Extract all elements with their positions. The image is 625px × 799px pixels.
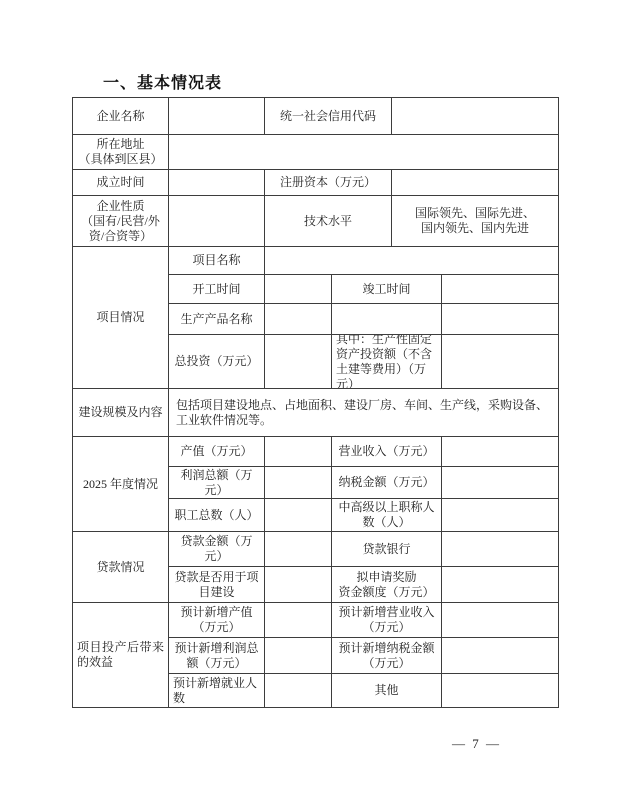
new-profit-label: 预计新增利润总 额（万元） <box>168 638 264 673</box>
tech-level-options: 国际领先、国际先进、 国内领先、国内先进 <box>391 196 558 246</box>
new-profit-value <box>264 638 331 673</box>
product-name-value-3 <box>441 304 558 334</box>
table-row: 利润总额（万元） 纳税金额（万元） <box>168 466 558 498</box>
start-date-label: 开工时间 <box>168 275 264 303</box>
new-jobs-value <box>264 674 331 707</box>
revenue-label: 营业收入（万元） <box>331 437 441 466</box>
table-row: 成立时间 注册资本（万元） <box>73 169 558 195</box>
reg-capital-value <box>391 170 558 195</box>
address-value <box>168 135 558 169</box>
basic-info-table: 企业名称 统一社会信用代码 所在地址 （具体到区县） 成立时间 注册资本（万元）… <box>72 97 559 708</box>
founded-value <box>168 170 264 195</box>
tax-label: 纳税金额（万元） <box>331 467 441 498</box>
tax-value <box>441 467 558 498</box>
staff-total-value <box>264 499 331 531</box>
start-date-value <box>264 275 331 303</box>
loan-for-project-value <box>264 567 331 602</box>
project-subrows: 项目名称 开工时间 竣工时间 生产产品名称 总投资（万元） <box>168 247 558 388</box>
address-label: 所在地址 （具体到区县） <box>73 135 168 169</box>
company-name-label: 企业名称 <box>73 98 168 134</box>
scale-content: 包括项目建设地点、占地面积、建设厂房、车间、生产线，采购设备、工业软件情况等。 <box>168 389 558 436</box>
table-row: 预计新增利润总 额（万元） 预计新增纳税金额 （万元） <box>168 637 558 673</box>
table-row: 预计新增产值 （万元） 预计新增营业收入 （万元） <box>168 603 558 637</box>
fixed-investment-value <box>441 335 558 388</box>
page-number: — 7 — <box>452 736 501 752</box>
fixed-investment-label: 其中：生产性固定资产投资额（不含土建等费用）（万元） <box>331 335 441 388</box>
company-name-value <box>168 98 264 134</box>
loan-subrows: 贷款金额（万元） 贷款银行 贷款是否用于项目建设 拟申请奖励 资金额度（万元） <box>168 532 558 602</box>
loan-group-label: 贷款情况 <box>73 532 168 602</box>
year2025-group-label: 2025 年度情况 <box>73 437 168 531</box>
staff-total-label: 职工总数（人） <box>168 499 264 531</box>
loan-bank-label: 贷款银行 <box>331 532 441 566</box>
table-row: 企业名称 统一社会信用代码 <box>73 98 558 134</box>
benefit-section: 项目投产后带来的效益 预计新增产值 （万元） 预计新增营业收入 （万元） 预计新… <box>73 602 558 707</box>
loan-amount-value <box>264 532 331 566</box>
new-output-value <box>264 603 331 637</box>
document-page: 一、基本情况表 企业名称 统一社会信用代码 所在地址 （具体到区县） 成立时间 … <box>0 0 625 799</box>
total-investment-label: 总投资（万元） <box>168 335 264 388</box>
profit-label: 利润总额（万元） <box>168 467 264 498</box>
product-name-label: 生产产品名称 <box>168 304 264 334</box>
credit-code-value <box>391 98 558 134</box>
benefit-subrows: 预计新增产值 （万元） 预计新增营业收入 （万元） 预计新增利润总 额（万元） … <box>168 603 558 707</box>
project-name-value <box>264 247 558 274</box>
tech-level-label: 技术水平 <box>264 196 391 246</box>
table-row: 职工总数（人） 中高级以上职称人 数（人） <box>168 498 558 531</box>
loan-for-project-label: 贷款是否用于项目建设 <box>168 567 264 602</box>
finish-date-label: 竣工时间 <box>331 275 441 303</box>
scale-label: 建设规模及内容 <box>73 389 168 436</box>
loan-section: 贷款情况 贷款金额（万元） 贷款银行 贷款是否用于项目建设 拟申请奖励 资金额度… <box>73 531 558 602</box>
benefit-group-label: 项目投产后带来的效益 <box>73 603 168 707</box>
table-row: 预计新增就业人 数 其他 <box>168 673 558 707</box>
other-value <box>441 674 558 707</box>
new-revenue-label: 预计新增营业收入 （万元） <box>331 603 441 637</box>
senior-staff-label: 中高级以上职称人 数（人） <box>331 499 441 531</box>
table-row: 开工时间 竣工时间 <box>168 274 558 303</box>
product-name-value-1 <box>264 304 331 334</box>
output-label: 产值（万元） <box>168 437 264 466</box>
year2025-subrows: 产值（万元） 营业收入（万元） 利润总额（万元） 纳税金额（万元） 职工总数（人… <box>168 437 558 531</box>
table-row: 建设规模及内容 包括项目建设地点、占地面积、建设厂房、车间、生产线，采购设备、工… <box>73 388 558 436</box>
table-row: 产值（万元） 营业收入（万元） <box>168 437 558 466</box>
table-row: 贷款是否用于项目建设 拟申请奖励 资金额度（万元） <box>168 566 558 602</box>
company-nature-value <box>168 196 264 246</box>
table-row: 生产产品名称 <box>168 303 558 334</box>
credit-code-label: 统一社会信用代码 <box>264 98 391 134</box>
product-name-value-2 <box>331 304 441 334</box>
new-tax-label: 预计新增纳税金额 （万元） <box>331 638 441 673</box>
table-row: 贷款金额（万元） 贷款银行 <box>168 532 558 566</box>
table-row: 企业性质 （国有/民营/外资/合资等） 技术水平 国际领先、国际先进、 国内领先… <box>73 195 558 246</box>
new-jobs-label: 预计新增就业人 数 <box>168 674 264 707</box>
senior-staff-value <box>441 499 558 531</box>
table-row: 所在地址 （具体到区县） <box>73 134 558 169</box>
table-row: 项目名称 <box>168 247 558 274</box>
form-title: 一、基本情况表 <box>103 70 222 93</box>
award-amount-value <box>441 567 558 602</box>
total-investment-value <box>264 335 331 388</box>
company-nature-label: 企业性质 （国有/民营/外资/合资等） <box>73 196 168 246</box>
other-label: 其他 <box>331 674 441 707</box>
project-group-label: 项目情况 <box>73 247 168 388</box>
reg-capital-label: 注册资本（万元） <box>264 170 391 195</box>
loan-bank-value <box>441 532 558 566</box>
new-tax-value <box>441 638 558 673</box>
founded-label: 成立时间 <box>73 170 168 195</box>
loan-amount-label: 贷款金额（万元） <box>168 532 264 566</box>
project-section: 项目情况 项目名称 开工时间 竣工时间 生产产品名称 <box>73 246 558 388</box>
project-name-label: 项目名称 <box>168 247 264 274</box>
output-value <box>264 437 331 466</box>
profit-value <box>264 467 331 498</box>
new-output-label: 预计新增产值 （万元） <box>168 603 264 637</box>
new-revenue-value <box>441 603 558 637</box>
table-row: 总投资（万元） 其中：生产性固定资产投资额（不含土建等费用）（万元） <box>168 334 558 388</box>
year2025-section: 2025 年度情况 产值（万元） 营业收入（万元） 利润总额（万元） 纳税金额（… <box>73 436 558 531</box>
revenue-value <box>441 437 558 466</box>
award-amount-label: 拟申请奖励 资金额度（万元） <box>331 567 441 602</box>
finish-date-value <box>441 275 558 303</box>
